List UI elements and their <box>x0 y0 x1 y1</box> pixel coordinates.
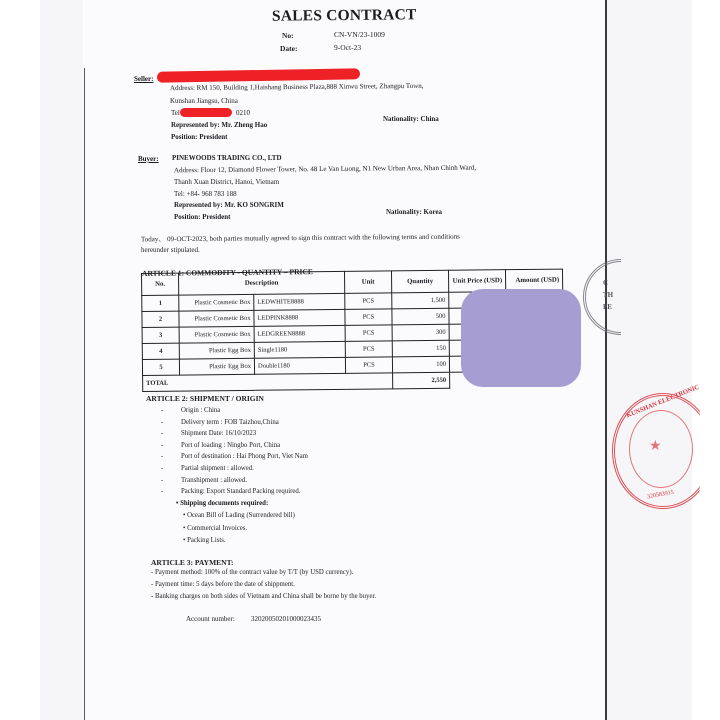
buyer-tel: Tel: +84- 968 783 188 <box>174 190 237 198</box>
row-description-type: Plastic Egg Box <box>179 342 254 359</box>
shipment-term: Partial shipment : allowed. <box>181 465 254 472</box>
contract-no-value: CN-VN/23-1009 <box>334 30 385 39</box>
buyer-name: PINEWOODS TRADING CO., LTD <box>172 154 282 162</box>
article2-heading: ARTICLE 2: SHIPMENT / ORIGIN <box>146 394 264 403</box>
buyer-nationality: Nationality: Korea <box>386 208 442 216</box>
row-unit: PCS <box>345 341 392 357</box>
row-no: 5 <box>142 359 179 375</box>
buyer-address-line2: Thanh Xuan District, Hanoi, Vietnam <box>174 178 279 186</box>
price-privacy-mask <box>461 289 581 387</box>
article3-heading: ARTICLE 3: PAYMENT: <box>151 558 234 567</box>
row-description-model: LEDPINK8888 <box>254 309 345 326</box>
shipment-term: Port of destination : Hai Phong Port, Vi… <box>181 453 308 460</box>
total-quantity: 2,550 <box>393 372 450 389</box>
account-number-value: 32020050201000023435 <box>251 615 321 623</box>
buyer-position: Position: President <box>174 213 230 221</box>
payment-term: - Banking charges on both sides of Vietn… <box>151 593 376 600</box>
row-description-type: Plastic Cosmetic Box <box>179 294 254 311</box>
contract-no-label: No: <box>282 31 294 40</box>
shipping-doc-item: • Packing Lists. <box>183 537 226 544</box>
row-no: 1 <box>142 295 179 311</box>
seller-tel-redaction <box>180 108 232 117</box>
seller-position: Position: President <box>171 133 227 141</box>
row-description-model: Double1180 <box>254 357 345 374</box>
row-description-model: LEDWHITE8888 <box>254 293 345 310</box>
shipment-term: Packing: Export Standard Packing require… <box>181 488 300 495</box>
buyer-represented-by: Represented by: Mr. KO SONGRIM <box>174 201 284 209</box>
row-quantity: 500 <box>392 308 449 325</box>
row-no: 4 <box>142 343 179 359</box>
list-bullet: - <box>161 407 163 414</box>
seller-tel-suffix: 0210 <box>236 109 250 117</box>
total-label: TOTAL <box>143 373 393 392</box>
row-description-type: Plastic Cosmetic Box <box>179 326 254 343</box>
payment-term: - Payment time: 5 days before the date o… <box>151 581 295 588</box>
page-right-edge <box>605 0 607 720</box>
shipment-term: Delivery term : FOB Taizhou,China <box>181 419 279 426</box>
list-bullet: - <box>161 442 163 449</box>
col-no: No. <box>142 273 179 295</box>
col-quantity: Quantity <box>391 270 448 293</box>
shipment-term: Transhipment : allowed. <box>181 477 247 484</box>
list-bullet: - <box>161 419 163 426</box>
contract-date-label: Date: <box>280 44 298 53</box>
row-description-type: Plastic Egg Box <box>179 358 254 375</box>
row-unit: PCS <box>345 325 392 341</box>
buyer-label: Buyer: <box>138 155 159 163</box>
list-bullet: - <box>161 453 163 460</box>
intro-line2: hereunder stipulated. <box>141 246 200 254</box>
shipping-doc-item: • Commercial Invoices. <box>183 525 247 532</box>
seller-represented-by: Represented by: Mr. Zheng Hao <box>171 121 267 129</box>
list-bullet: - <box>161 477 163 484</box>
row-unit: PCS <box>345 309 392 325</box>
row-description-type: Plastic Cosmetic Box <box>179 310 254 327</box>
list-bullet: - <box>161 488 163 495</box>
shipment-term: Shipment Date: 16/10/2023 <box>181 430 256 437</box>
row-quantity: 300 <box>392 324 449 341</box>
row-quantity: 150 <box>392 340 449 357</box>
row-unit: PCS <box>345 357 392 373</box>
shipping-docs-heading: • Shipping documents required: <box>176 500 268 507</box>
payment-term: - Payment method: 100% of the contract v… <box>151 569 353 576</box>
document-title: SALES CONTRACT <box>272 6 417 26</box>
list-bullet: - <box>161 430 163 437</box>
seller-tel-prefix: Tel <box>171 109 180 117</box>
page-left-edge <box>84 68 85 720</box>
account-number-label: Account number: <box>186 615 235 623</box>
row-no: 3 <box>142 327 179 343</box>
shipment-term: Origin : China <box>181 407 220 414</box>
shipping-doc-item: • Ocean Bill of Lading (Surrendered bill… <box>183 512 295 519</box>
col-description: Description <box>179 271 345 295</box>
seller-label: Seller: <box>134 75 153 83</box>
row-no: 2 <box>142 311 179 327</box>
gray-stamp-text: C TH PE <box>603 277 613 313</box>
row-quantity: 100 <box>392 356 449 373</box>
row-unit: PCS <box>345 293 392 309</box>
row-quantity: 1,500 <box>392 292 449 309</box>
list-bullet: - <box>161 465 163 472</box>
shipment-term: Port of loading : Ningbo Port, China <box>181 442 280 449</box>
row-description-model: Single1180 <box>254 341 345 358</box>
seller-address-line2: Kunshan Jiangsu, China <box>170 97 238 105</box>
row-description-model: LEDGREEN8888 <box>254 325 345 342</box>
seller-nationality: Nationality: China <box>383 115 439 123</box>
col-unit: Unit <box>344 271 391 293</box>
contract-date-value: 9-Oct-23 <box>334 43 361 52</box>
